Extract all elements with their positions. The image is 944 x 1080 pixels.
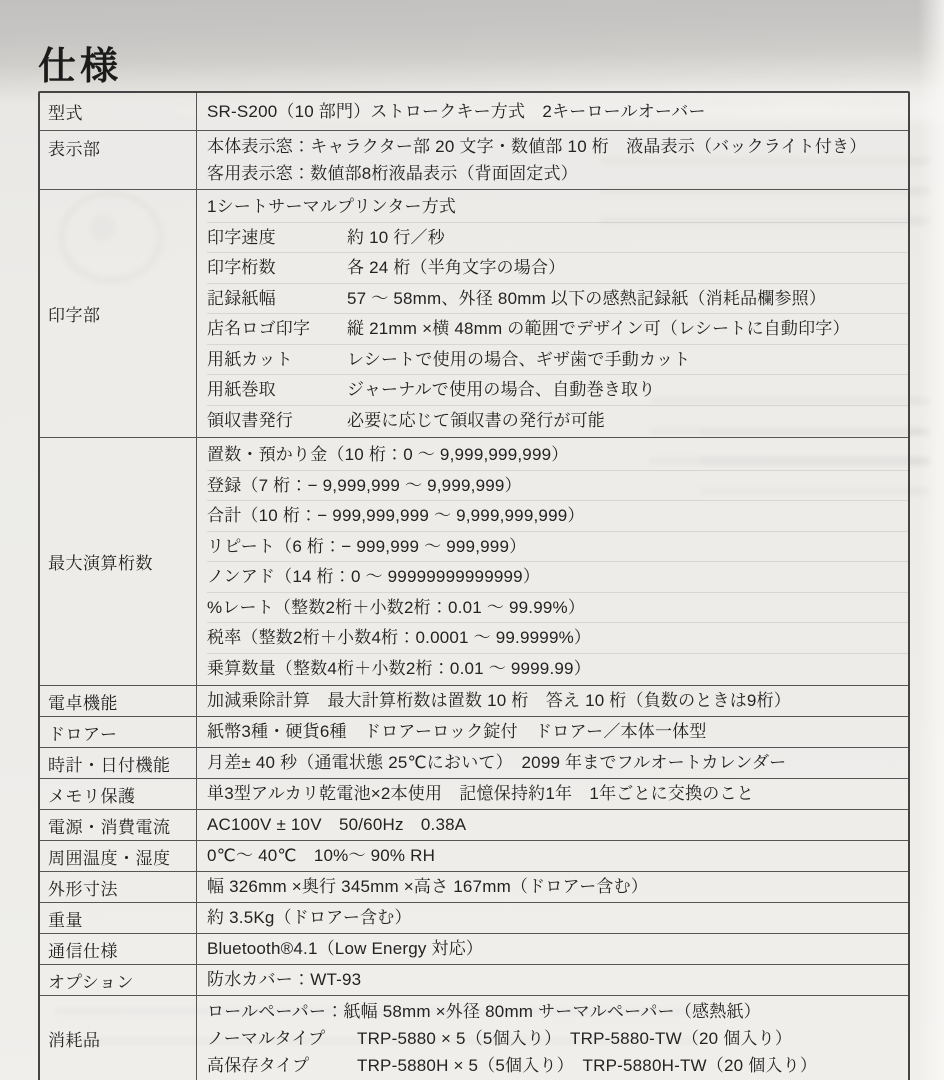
spec-text: 0℃～ 40℃ 10%～ 90% RH — [207, 846, 435, 865]
spec-value: 置数・預かり金（10 桁：0 ～ 9,999,999,999）登録（7 桁：− … — [197, 438, 908, 685]
spec-line: 合計（10 桁：− 999,999,999 ～ 9,999,999,999） — [207, 500, 908, 531]
spec-value: SR-S200（10 部門）ストロークキー方式 2キーロールオーバー — [197, 93, 908, 130]
spec-value: 1シートサーマルプリンター方式印字速度約 10 行／秒印字桁数各 24 桁（半角… — [197, 190, 908, 437]
spec-line: 店名ロゴ印字縦 21mm ×横 48mm の範囲でデザイン可（レシートに自動印字… — [207, 313, 908, 344]
spec-table-body: 型式SR-S200（10 部門）ストロークキー方式 2キーロールオーバー表示部本… — [40, 93, 908, 1080]
spec-value: 防水カバー：WT-93 — [197, 965, 908, 995]
spec-line: 紙幣3種・硬貨6種 ドロアーロック錠付 ドロアー／本体一体型 — [207, 719, 908, 745]
spec-table: 型式SR-S200（10 部門）ストロークキー方式 2キーロールオーバー表示部本… — [38, 91, 910, 1080]
spec-text: TRP-5880 × 5（5個入り） TRP-5880-TW（20 個入り） — [357, 1029, 792, 1048]
spec-value: ロールペーパー：紙幅 58mm ×外径 80mm サーマルペーパー（感熱紙）ノー… — [197, 996, 908, 1080]
spec-text: レシートで使用の場合、ギザ歯で手動カット — [347, 350, 690, 369]
spec-line: 印字桁数各 24 桁（半角文字の場合） — [207, 252, 908, 283]
spec-line: Bluetooth®4.1（Low Energy 対応） — [207, 936, 908, 962]
spec-text: ノンアド（14 桁：0 ～ 99999999999999） — [207, 567, 540, 586]
spec-subitem-label: 印字速度 — [207, 223, 347, 253]
table-row: ドロアー紙幣3種・硬貨6種 ドロアーロック錠付 ドロアー／本体一体型 — [40, 717, 908, 748]
manual-page: { "page": { "title": "仕様" }, "table": { … — [0, 0, 944, 1080]
spec-line: リピート（6 桁：− 999,999 ～ 999,999） — [207, 531, 908, 562]
spec-text: 紙幣3種・硬貨6種 ドロアーロック錠付 ドロアー／本体一体型 — [207, 722, 707, 741]
spec-value: 幅 326mm ×奥行 345mm ×高さ 167mm（ドロアー含む） — [197, 872, 908, 902]
spec-line: 月差± 40 秒（通電状態 25℃において） 2099 年までフルオートカレンダ… — [207, 750, 908, 776]
spec-line: 登録（7 桁：− 9,999,999 ～ 9,999,999） — [207, 470, 908, 501]
spec-text: 合計（10 桁：− 999,999,999 ～ 9,999,999,999） — [207, 506, 585, 525]
spec-line: %レート（整数2桁＋小数2桁：0.01 ～ 99.99%） — [207, 592, 908, 623]
table-row: 時計・日付機能月差± 40 秒（通電状態 25℃において） 2099 年までフル… — [40, 748, 908, 779]
table-row: 印字部1シートサーマルプリンター方式印字速度約 10 行／秒印字桁数各 24 桁… — [40, 190, 908, 438]
spec-line: SR-S200（10 部門）ストロークキー方式 2キーロールオーバー — [207, 95, 908, 128]
spec-label: ドロアー — [40, 717, 197, 747]
spec-label: 印字部 — [40, 190, 197, 437]
spec-line: 加減乗除計算 最大計算桁数は置数 10 桁 答え 10 桁（負数のときは9桁） — [207, 688, 908, 714]
spec-label: 型式 — [40, 93, 197, 130]
spec-subitem-label: 店名ロゴ印字 — [207, 314, 347, 344]
spec-value: 月差± 40 秒（通電状態 25℃において） 2099 年までフルオートカレンダ… — [197, 748, 908, 778]
spec-subitem-label: 高保存タイプ — [207, 1052, 357, 1079]
spec-line: 1シートサーマルプリンター方式 — [207, 192, 908, 222]
spec-text: 単3型アルカリ乾電池×2本使用 記憶保持約1年 1年ごとに交換のこと — [207, 784, 754, 803]
spec-text: ジャーナルで使用の場合、自動巻き取り — [347, 380, 655, 399]
spec-text: 客用表示窓：数値部8桁液晶表示（背面固定式） — [207, 164, 578, 183]
table-row: 通信仕様Bluetooth®4.1（Low Energy 対応） — [40, 934, 908, 965]
spec-label: 外形寸法 — [40, 872, 197, 902]
table-row: 電源・消費電流AC100V ± 10V 50/60Hz 0.38A — [40, 810, 908, 841]
table-row: 最大演算桁数置数・預かり金（10 桁：0 ～ 9,999,999,999）登録（… — [40, 438, 908, 686]
spec-line: 税率（整数2桁＋小数4桁：0.0001 ～ 99.9999%） — [207, 622, 908, 653]
spec-line: 本体表示窓：キャラクター部 20 文字・数値部 10 桁 液晶表示（バックライト… — [207, 133, 908, 160]
spec-text: 税率（整数2桁＋小数4桁：0.0001 ～ 99.9999%） — [207, 628, 591, 647]
spec-value: 本体表示窓：キャラクター部 20 文字・数値部 10 桁 液晶表示（バックライト… — [197, 131, 908, 189]
spec-text: 約 10 行／秒 — [347, 228, 445, 247]
spec-text: 加減乗除計算 最大計算桁数は置数 10 桁 答え 10 桁（負数のときは9桁） — [207, 691, 791, 710]
spec-line: 単3型アルカリ乾電池×2本使用 記憶保持約1年 1年ごとに交換のこと — [207, 781, 908, 807]
spec-label: 重量 — [40, 903, 197, 933]
spec-line: AC100V ± 10V 50/60Hz 0.38A — [207, 812, 908, 838]
spec-label: 周囲温度・湿度 — [40, 841, 197, 871]
spec-text: 必要に応じて領収書の発行が可能 — [347, 411, 605, 430]
spec-text: 本体表示窓：キャラクター部 20 文字・数値部 10 桁 液晶表示（バックライト… — [207, 137, 866, 156]
spec-text: 幅 326mm ×奥行 345mm ×高さ 167mm（ドロアー含む） — [207, 877, 648, 896]
spec-subitem-label: 用紙カット — [207, 345, 347, 375]
spec-label: メモリ保護 — [40, 779, 197, 809]
spec-text: 月差± 40 秒（通電状態 25℃において） 2099 年までフルオートカレンダ… — [207, 753, 786, 772]
table-row: 外形寸法幅 326mm ×奥行 345mm ×高さ 167mm（ドロアー含む） — [40, 872, 908, 903]
page-edge — [918, 0, 944, 1080]
spec-text: 各 24 桁（半角文字の場合） — [347, 258, 565, 277]
spec-text: 登録（7 桁：− 9,999,999 ～ 9,999,999） — [207, 476, 522, 495]
spec-text: 縦 21mm ×横 48mm の範囲でデザイン可（レシートに自動印字） — [347, 319, 850, 338]
spec-value: 加減乗除計算 最大計算桁数は置数 10 桁 答え 10 桁（負数のときは9桁） — [197, 686, 908, 716]
spec-text: 57 ～ 58mm、外径 80mm 以下の感熱記録紙（消耗品欄参照） — [347, 289, 826, 308]
spec-text: AC100V ± 10V 50/60Hz 0.38A — [207, 815, 466, 834]
spec-subitem-label: ノーマルタイプ — [207, 1025, 357, 1052]
spec-line: 幅 326mm ×奥行 345mm ×高さ 167mm（ドロアー含む） — [207, 874, 908, 900]
spec-label: 通信仕様 — [40, 934, 197, 964]
page-title: 仕様 — [38, 35, 122, 90]
spec-label: 消耗品 — [40, 996, 197, 1080]
spec-label: 最大演算桁数 — [40, 438, 197, 685]
spec-line: 防水カバー：WT-93 — [207, 967, 908, 993]
spec-label: オプション — [40, 965, 197, 995]
spec-subitem-label: 用紙巻取 — [207, 375, 347, 405]
spec-line: ノンアド（14 桁：0 ～ 99999999999999） — [207, 561, 908, 592]
spec-value: 約 3.5Kg（ドロアー含む） — [197, 903, 908, 933]
spec-line: 客用表示窓：数値部8桁液晶表示（背面固定式） — [207, 160, 908, 187]
table-row: メモリ保護単3型アルカリ乾電池×2本使用 記憶保持約1年 1年ごとに交換のこと — [40, 779, 908, 810]
spec-label: 表示部 — [40, 131, 197, 189]
spec-value: 紙幣3種・硬貨6種 ドロアーロック錠付 ドロアー／本体一体型 — [197, 717, 908, 747]
spec-line: 用紙カットレシートで使用の場合、ギザ歯で手動カット — [207, 344, 908, 375]
spec-text: TRP-5880H × 5（5個入り） TRP-5880H-TW（20 個入り） — [357, 1056, 817, 1075]
spec-text: Bluetooth®4.1（Low Energy 対応） — [207, 939, 483, 958]
spec-value: Bluetooth®4.1（Low Energy 対応） — [197, 934, 908, 964]
table-row: オプション防水カバー：WT-93 — [40, 965, 908, 996]
spec-line: ノーマルタイプTRP-5880 × 5（5個入り） TRP-5880-TW（20… — [207, 1025, 908, 1052]
table-row: 消耗品ロールペーパー：紙幅 58mm ×外径 80mm サーマルペーパー（感熱紙… — [40, 996, 908, 1080]
spec-label: 時計・日付機能 — [40, 748, 197, 778]
table-row: 周囲温度・湿度0℃～ 40℃ 10%～ 90% RH — [40, 841, 908, 872]
spec-subitem-label: 印字桁数 — [207, 253, 347, 283]
spec-line: 高保存タイプTRP-5880H × 5（5個入り） TRP-5880H-TW（2… — [207, 1052, 908, 1079]
spec-subitem-label: 領収書発行 — [207, 406, 347, 436]
spec-label: 電源・消費電流 — [40, 810, 197, 840]
spec-line: 記録紙幅57 ～ 58mm、外径 80mm 以下の感熱記録紙（消耗品欄参照） — [207, 283, 908, 314]
spec-line: 印字速度約 10 行／秒 — [207, 222, 908, 253]
spec-line: 約 3.5Kg（ドロアー含む） — [207, 905, 908, 931]
spec-label: 電卓機能 — [40, 686, 197, 716]
spec-line: 乗算数量（整数4桁＋小数2桁：0.01 ～ 9999.99） — [207, 653, 908, 684]
table-row: 電卓機能加減乗除計算 最大計算桁数は置数 10 桁 答え 10 桁（負数のときは… — [40, 686, 908, 717]
spec-text: ロールペーパー：紙幅 58mm ×外径 80mm サーマルペーパー（感熱紙） — [207, 1002, 761, 1021]
spec-line: 0℃～ 40℃ 10%～ 90% RH — [207, 843, 908, 869]
spec-line: 領収書発行必要に応じて領収書の発行が可能 — [207, 405, 908, 436]
table-row: 重量約 3.5Kg（ドロアー含む） — [40, 903, 908, 934]
spec-value: AC100V ± 10V 50/60Hz 0.38A — [197, 810, 908, 840]
spec-subitem-label: 記録紙幅 — [207, 284, 347, 314]
table-row: 表示部本体表示窓：キャラクター部 20 文字・数値部 10 桁 液晶表示（バック… — [40, 131, 908, 190]
table-row: 型式SR-S200（10 部門）ストロークキー方式 2キーロールオーバー — [40, 93, 908, 131]
spec-text: 約 3.5Kg（ドロアー含む） — [207, 908, 412, 927]
spec-line: 置数・預かり金（10 桁：0 ～ 9,999,999,999） — [207, 440, 908, 470]
spec-text: 1シートサーマルプリンター方式 — [207, 197, 456, 216]
spec-value: 単3型アルカリ乾電池×2本使用 記憶保持約1年 1年ごとに交換のこと — [197, 779, 908, 809]
spec-value: 0℃～ 40℃ 10%～ 90% RH — [197, 841, 908, 871]
spec-text: リピート（6 桁：− 999,999 ～ 999,999） — [207, 537, 526, 556]
spec-line: ロールペーパー：紙幅 58mm ×外径 80mm サーマルペーパー（感熱紙） — [207, 998, 908, 1025]
spec-text: %レート（整数2桁＋小数2桁：0.01 ～ 99.99%） — [207, 598, 585, 617]
spec-line: 用紙巻取ジャーナルで使用の場合、自動巻き取り — [207, 374, 908, 405]
spec-text: SR-S200（10 部門）ストロークキー方式 2キーロールオーバー — [207, 102, 706, 121]
spec-text: 乗算数量（整数4桁＋小数2桁：0.01 ～ 9999.99） — [207, 659, 591, 678]
spec-text: 防水カバー：WT-93 — [207, 970, 361, 989]
spec-text: 置数・預かり金（10 桁：0 ～ 9,999,999,999） — [207, 445, 568, 464]
